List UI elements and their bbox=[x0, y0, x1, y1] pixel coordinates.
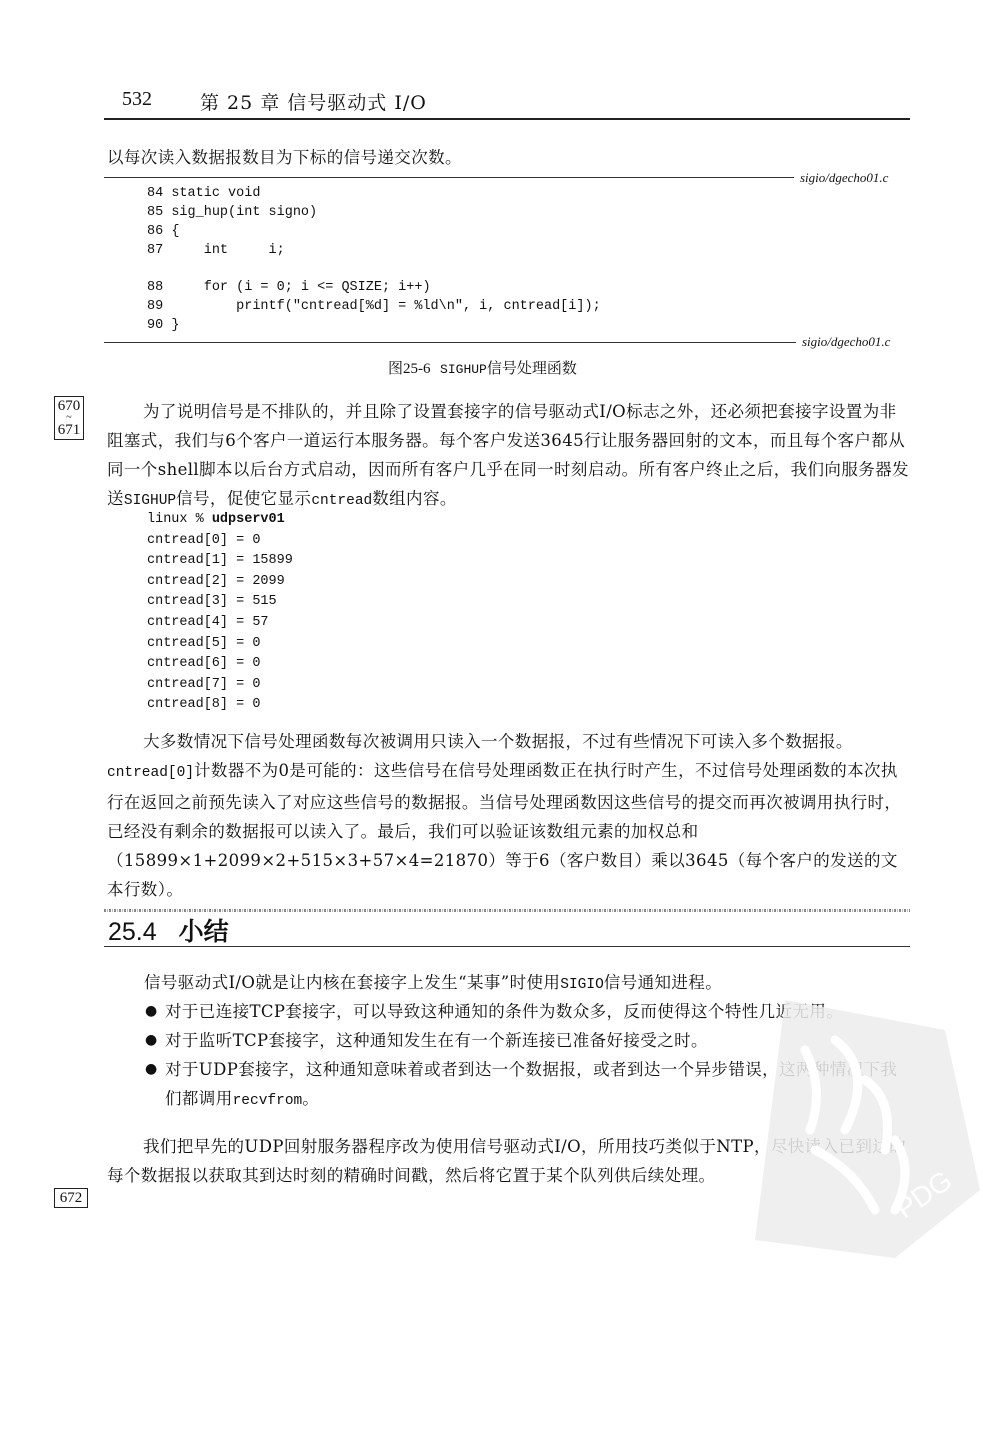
terminal-command: udpserv01 bbox=[212, 512, 285, 527]
code-top-rule bbox=[104, 177, 794, 178]
code-line: 88 for (i = 0; i <= QSIZE; i++) bbox=[147, 278, 601, 297]
figure-code-term: SIGHUP bbox=[440, 362, 487, 377]
section-heading: 25.4小结 bbox=[108, 912, 229, 948]
section-title: 小结 bbox=[179, 917, 229, 946]
code-listing: 84 static void85 sig_hup(int signo)86 {8… bbox=[147, 184, 601, 335]
line-code: sig_hup(int signo) bbox=[171, 205, 317, 220]
line-number: 84 bbox=[147, 186, 163, 201]
line-code: int i; bbox=[171, 243, 284, 258]
code-file-label-top: sigio/dgecho01.c bbox=[800, 170, 888, 186]
terminal-output: linux % udpserv01 cntread[0] = 0 cntread… bbox=[147, 510, 293, 716]
inline-code: SIGHUP bbox=[124, 493, 176, 509]
code-line: 89 printf("cntread[%d] = %ld\n", i, cntr… bbox=[147, 297, 601, 316]
code-file-label-bottom: sigio/dgecho01.c bbox=[802, 334, 890, 350]
code-bottom-rule bbox=[104, 342, 796, 343]
paragraph-2: 大多数情况下信号处理函数每次被调用只读入一个数据报，不过有些情况下可读入多个数据… bbox=[107, 727, 910, 904]
bullet-icon: ● bbox=[145, 1055, 158, 1084]
paragraph-text: 大多数情况下信号处理函数每次被调用只读入一个数据报，不过有些情况下可读入多个数据… bbox=[143, 732, 853, 751]
inline-code: cntread[0] bbox=[107, 765, 194, 781]
inline-code: cntread bbox=[311, 493, 372, 509]
inline-code: recvfrom bbox=[233, 1093, 303, 1109]
code-line: 86 { bbox=[147, 222, 601, 241]
output-line: cntread[1] = 15899 bbox=[147, 553, 293, 568]
inline-code: SIGIO bbox=[560, 977, 604, 993]
output-line: cntread[7] = 0 bbox=[147, 677, 260, 692]
section-rule bbox=[104, 946, 910, 947]
output-line: cntread[3] = 515 bbox=[147, 594, 277, 609]
bullet-icon: ● bbox=[145, 997, 158, 1026]
output-line: cntread[0] = 0 bbox=[147, 533, 260, 548]
output-line: cntread[5] = 0 bbox=[147, 636, 260, 651]
header-rule bbox=[104, 118, 910, 120]
running-header: 532 第 25 章 信号驱动式 I/O bbox=[110, 86, 910, 116]
margin-page-ref: 670 ~ 671 bbox=[54, 396, 84, 440]
margin-ref-separator: ~ bbox=[57, 414, 81, 422]
line-code: } bbox=[171, 318, 179, 333]
watermark-seal-icon: PDG bbox=[745, 990, 983, 1260]
bullet-text: 对于监听TCP套接字，这种通知发生在有一个新连接已准备好接受之时。 bbox=[165, 1031, 708, 1050]
line-number: 87 bbox=[147, 243, 163, 258]
bullet-text: 。 bbox=[302, 1089, 319, 1108]
line-code: static void bbox=[171, 186, 260, 201]
figure-number: 图25-6 bbox=[388, 361, 431, 377]
output-line: cntread[2] = 2099 bbox=[147, 574, 285, 589]
line-code: printf("cntread[%d] = %ld\n", i, cntread… bbox=[171, 299, 600, 314]
paragraph-text: 信号驱动式I/O就是让内核在套接字上发生“某事”时使用 bbox=[144, 973, 560, 992]
code-line: 90 } bbox=[147, 316, 601, 335]
paragraph-text: 数组内容。 bbox=[372, 489, 457, 508]
bullet-text: 对于已连接TCP套接字，可以导致这种通知的条件为数众多，反而使得这个特性几近无用… bbox=[165, 1002, 843, 1021]
section-number: 25.4 bbox=[108, 918, 157, 946]
line-number: 90 bbox=[147, 318, 163, 333]
page-number: 532 bbox=[122, 88, 152, 111]
code-line: 85 sig_hup(int signo) bbox=[147, 203, 601, 222]
line-number: 89 bbox=[147, 299, 163, 314]
paragraph-text: 信号，促使它显示 bbox=[176, 489, 311, 508]
margin-page-ref: 672 bbox=[54, 1188, 88, 1208]
line-code: for (i = 0; i <= QSIZE; i++) bbox=[171, 280, 430, 295]
output-line: cntread[4] = 57 bbox=[147, 615, 269, 630]
bullet-icon: ● bbox=[145, 1026, 158, 1055]
chapter-title: 第 25 章 信号驱动式 I/O bbox=[200, 88, 427, 115]
figure-caption: 图25-6 SIGHUP信号处理函数 bbox=[388, 357, 577, 378]
figure-caption-text: 信号处理函数 bbox=[487, 359, 577, 377]
paragraph-1: 为了说明信号是不排队的，并且除了设置套接字的信号驱动式I/O标志之外，还必须把套… bbox=[107, 397, 910, 516]
watermark-seal: PDG bbox=[745, 990, 983, 1260]
intro-line: 以每次读入数据报数目为下标的信号递交次数。 bbox=[107, 143, 907, 172]
line-number: 86 bbox=[147, 224, 163, 239]
code-line: 84 static void bbox=[147, 184, 601, 203]
paragraph-text: 计数器不为0是可能的：这些信号在信号处理函数正在执行时产生，不过信号处理函数的本… bbox=[107, 761, 901, 899]
line-number: 88 bbox=[147, 280, 163, 295]
output-line: cntread[6] = 0 bbox=[147, 656, 260, 671]
terminal-prompt: linux % bbox=[147, 512, 212, 527]
line-number: 85 bbox=[147, 205, 163, 220]
code-line: 87 int i; bbox=[147, 241, 601, 260]
line-code: { bbox=[171, 224, 179, 239]
margin-ref-end: 671 bbox=[58, 422, 81, 438]
output-line: cntread[8] = 0 bbox=[147, 697, 260, 712]
paragraph-text: 信号通知进程。 bbox=[604, 973, 722, 992]
